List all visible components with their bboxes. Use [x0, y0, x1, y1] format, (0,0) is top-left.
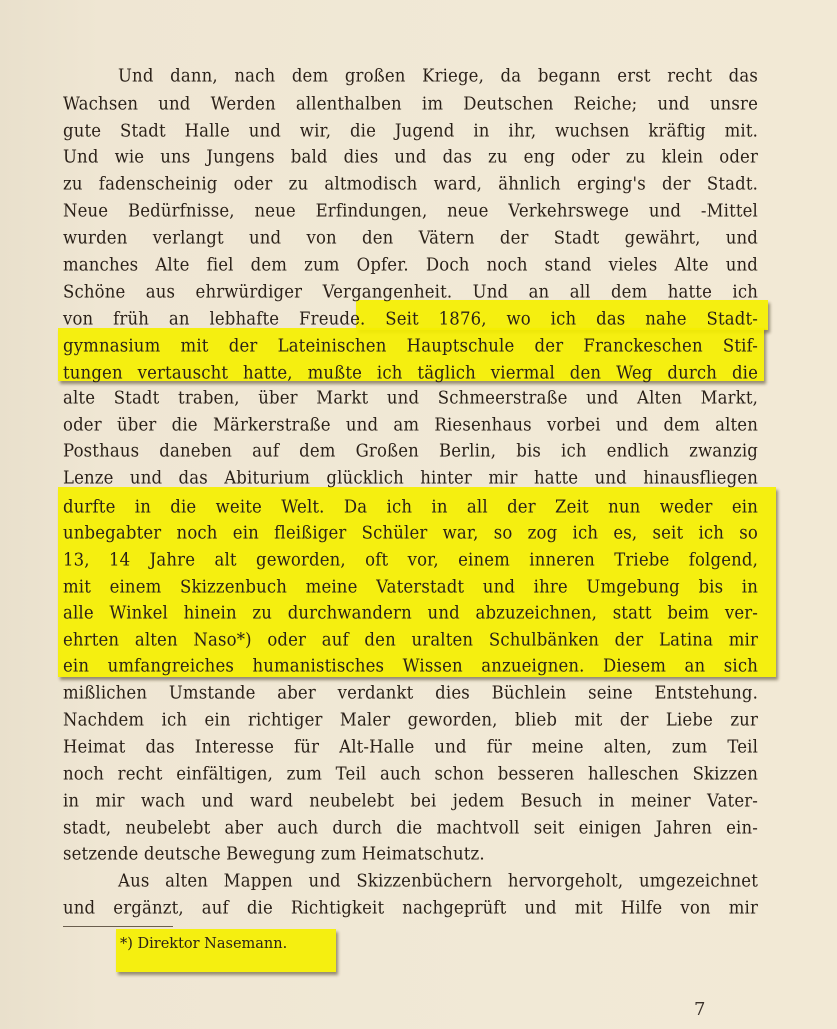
text-line: gymnasium mit der Lateinischen Hauptschu… [63, 333, 758, 359]
text-line: unbegabter noch ein fleißiger Schüler wa… [63, 520, 758, 546]
text-line: ehrten alten Naso*) oder auf den uralten… [63, 627, 758, 653]
text-line: Heimat das Interesse für Alt-Halle und f… [63, 734, 758, 760]
text-line: tungen vertauscht hatte, mußte ich tägli… [63, 360, 758, 386]
text-line: in mir wach und ward neubelebt bei jedem… [63, 788, 758, 814]
text-line: Schöne aus ehrwürdiger Vergangenheit. Un… [63, 279, 758, 305]
text-line: mißlichen Umstande aber verdankt dies Bü… [63, 680, 758, 706]
text-line: Aus alten Mappen und Skizzenbüchern herv… [118, 868, 758, 894]
text-line: zu fadenscheinig oder zu altmodisch ward… [63, 171, 758, 197]
text-line: Wachsen und Werden allenthalben im Deuts… [63, 91, 758, 117]
text-line: oder über die Märkerstraße und am Riesen… [63, 412, 758, 438]
text-line: alte Stadt traben, über Markt und Schmee… [63, 385, 758, 411]
text-line: 13, 14 Jahre alt geworden, oft vor, eine… [63, 547, 758, 573]
text-line: Posthaus daneben auf dem Großen Berlin, … [63, 438, 758, 464]
text-line: Nachdem ich ein richtiger Maler geworden… [63, 707, 758, 733]
text-line: gute Stadt Halle und wir, die Jugend in … [63, 118, 758, 144]
text-line: wurden verlangt und von den Vätern der S… [63, 225, 758, 251]
page-number: 7 [694, 999, 705, 1021]
text-line: durfte in die weite Welt. Da ich in all … [63, 494, 758, 520]
scanned-book-page: Und dann, nach dem großen Kriege, da beg… [0, 0, 837, 1029]
text-line: Neue Bedürfnisse, neue Erfindungen, neue… [63, 198, 758, 224]
text-line: mit einem Skizzenbuch meine Vaterstadt u… [63, 574, 758, 600]
footnote: *) Direktor Nasemann. [120, 933, 287, 955]
text-line: Lenze und das Abiturium glücklich hinter… [63, 465, 758, 491]
footnote-divider [63, 926, 173, 927]
text-line: und ergänzt, auf die Richtigkeit nachgep… [63, 895, 758, 921]
text-line: Und wie uns Jungens bald dies und das zu… [63, 144, 758, 170]
text-line: stadt, neubelebt aber auch durch die mac… [63, 815, 758, 841]
text-line: von früh an lebhafte Freude. Seit 1876, … [63, 306, 758, 332]
text-line: Und dann, nach dem großen Kriege, da beg… [118, 63, 758, 89]
text-line: ein umfangreiches humanistisches Wissen … [63, 653, 758, 679]
text-line: noch recht einfältigen, zum Teil auch sc… [63, 761, 758, 787]
text-line: manches Alte fiel dem zum Opfer. Doch no… [63, 252, 758, 278]
text-line: alle Winkel hinein zu durchwandern und a… [63, 600, 758, 626]
text-line: setzende deutsche Bewegung zum Heimatsch… [63, 841, 758, 867]
